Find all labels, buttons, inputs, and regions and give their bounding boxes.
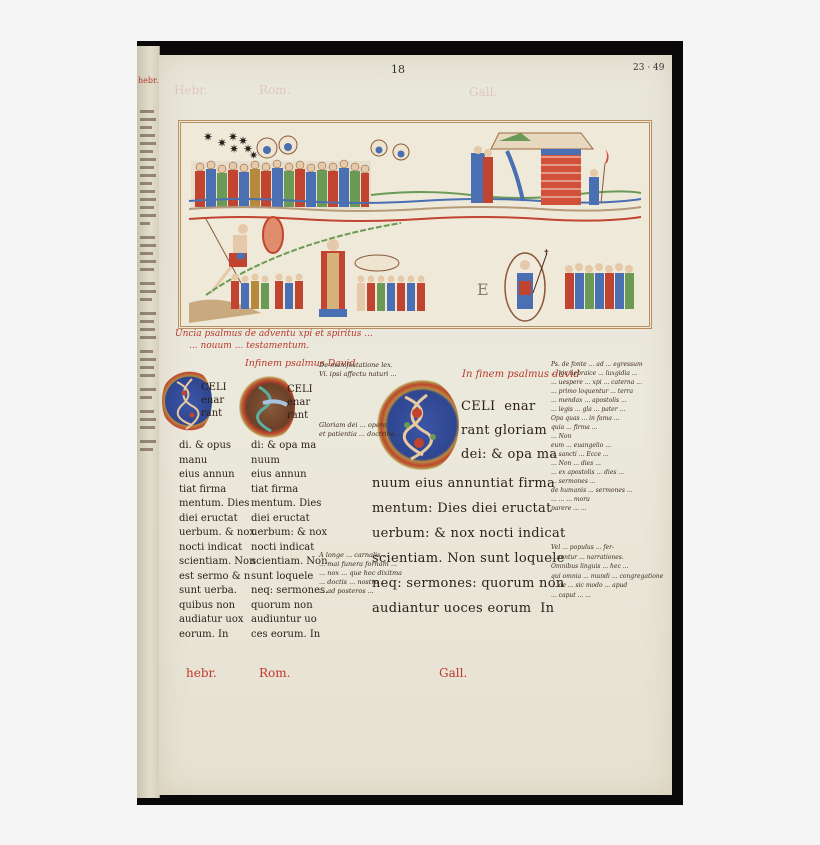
commentary-line: ... hic hebraice ... luxgidia ... [551, 370, 638, 377]
commentary-line: parere ... ... [551, 505, 587, 512]
commentary-line: ... sermones ... [551, 478, 597, 485]
column-gallican-body: nuum eius annuntiat firma mentum: Dies d… [372, 471, 566, 621]
gloss-middle-mid: Gloriam dei ... opera et patientia ... d… [319, 421, 403, 439]
commentary-line: de humanis ... sermones ... [551, 487, 633, 494]
hebrew-line: scientiam. Non [179, 556, 256, 567]
roman-line: quorum non [251, 600, 313, 611]
commentary-line: ... caput ... ... [551, 592, 591, 599]
showthrough-heading-rom: Rom. [259, 83, 290, 97]
roman-line: scientiam. Non [251, 556, 328, 567]
commentary-line: ... sancti ... Ecce ... [551, 451, 609, 458]
roman-line: mentum. Dies [251, 498, 321, 509]
commentary-line: ... Non [551, 433, 571, 440]
stars-icon: ✷✷✷ ✷✷✷✷ [203, 130, 258, 162]
commentary-line: ... Non ... dies ... [551, 460, 601, 467]
roman-line: tiat firma [251, 484, 298, 495]
roman-line: ces eorum. In [251, 629, 320, 640]
roman-line: di: & opa ma [251, 440, 316, 451]
hebrew-line: eius annun [179, 469, 235, 480]
gallican-line: dei: & opa ma [461, 447, 557, 462]
roman-line: uerbum: & nox [251, 527, 327, 538]
commentary-line: Vel ... populus ... fer- [551, 544, 614, 551]
commentary-line: ... legis ... gla ... pater ... [551, 406, 625, 413]
column-roman-body: di: & opa ma nuum eius annun tiat firma … [251, 439, 328, 642]
commentary-line: ... uespere ... xpi ... caterna ... [551, 379, 642, 386]
svg-text:E: E [477, 280, 489, 299]
group-figures-center [357, 276, 425, 312]
column-hebrew-body: di. & opus manu eius annun tiat firma me… [179, 439, 256, 642]
showthrough-heading-hebr: Hebr. [174, 83, 207, 97]
commentary-right-top: Ps. de fonte ... ad ... egressum ... hic… [551, 360, 643, 513]
hebrew-line: est sermo & n [179, 571, 250, 582]
folio-number-right: 23 · 49 [633, 63, 665, 73]
hebrew-line: sunt uerba. [179, 585, 237, 596]
gallican-line: neq: sermones: quorum non [372, 576, 565, 591]
commentary-line: ... primo loquentur ... terra [551, 388, 633, 395]
svg-text:✷: ✷ [217, 136, 227, 150]
gallican-line: mentum: Dies diei eructat [372, 501, 552, 516]
rubric-top-line-2: ... nouum ... testamentum. [189, 341, 309, 351]
roman-line: diei eructat [251, 513, 310, 524]
commentary-line: ... de ... sic modo ... apud [551, 582, 627, 589]
hebrew-line: di. & opus [179, 440, 231, 451]
illumination-scene-icon: ✷✷✷ ✷✷✷✷ [181, 123, 649, 326]
group-figures-right [565, 263, 634, 309]
commentary-line: ...uentur ... narrationes. [551, 554, 624, 561]
facing-text-lines-icon [139, 106, 157, 546]
commentary-line: Opa quas ... in fama ... [551, 415, 620, 422]
building [471, 133, 609, 205]
commentary-line: qui omnia ... mundi ... congregatione [551, 573, 663, 580]
gallican-line: nuum eius annuntiat firma [372, 476, 555, 491]
facing-page-text [139, 106, 157, 546]
gloss-line: De manifestatione lex. [319, 361, 393, 369]
svg-text:✷: ✷ [249, 149, 258, 162]
svg-text:✷: ✷ [229, 142, 239, 156]
roman-line: nuum [251, 455, 280, 466]
footer-label-hebr: hebr. [186, 666, 217, 680]
hebrew-line: mentum. Dies [179, 498, 249, 509]
footer-label-rom: Rom. [259, 666, 290, 680]
roman-line: enar [287, 397, 310, 408]
gallican-line: audiantur uoces eorum In [372, 601, 554, 616]
roman-line: sunt loquele [251, 571, 313, 582]
svg-text:✷: ✷ [203, 130, 213, 144]
gloss-line: ... ad posteros ... [319, 587, 374, 595]
commentary-line: ... mendax ... apostolis ... [551, 397, 627, 404]
group-figures-left [231, 274, 303, 310]
gloss-line: Gloriam dei ... opera [319, 421, 387, 429]
showthrough-heading-gall: Gall. [469, 85, 497, 99]
commentary-line: Omnibus linguis ... hec ... [551, 563, 628, 570]
manuscript-page: 18 23 · 49 Hebr. Rom. Gall. ✷✷✷ ✷✷✷✷ [159, 55, 672, 795]
spine-heading: hebr. [138, 76, 159, 85]
crowd-figures [191, 160, 371, 209]
hebrew-line: rant [201, 408, 222, 419]
commentary-line: quia ... firma ... [551, 424, 598, 431]
commentary-line: ... ex apostolis ... dies ... [551, 469, 624, 476]
roman-line: neq: sermones. [251, 585, 328, 596]
gloss-line: et patientia ... doctrina ... [319, 430, 403, 438]
hebrew-line: enar [201, 395, 224, 406]
column-roman-head: CELI enar rant [287, 383, 313, 422]
hebrew-line: CELI [201, 382, 227, 393]
roman-line: nocti indicat [251, 542, 314, 553]
gloss-middle-top: De manifestatione lex. Vi. ipsi affectu … [319, 361, 397, 379]
hebrew-line: audiatur uox [179, 614, 243, 625]
teacher-figure [319, 239, 347, 317]
gloss-line: Vi. ipsi affectu naturi ... [319, 370, 397, 378]
commentary-right-low: Vel ... populus ... fer- ...uentur ... n… [551, 543, 663, 600]
rubric-top-line-1: Uncia psalmus de adventu xpi et spiritus… [175, 329, 373, 339]
hebrew-line: quibus non [179, 600, 235, 611]
illumination-panel: ✷✷✷ ✷✷✷✷ [178, 120, 652, 329]
roman-line: CELI [287, 384, 313, 395]
hebrew-line: nocti indicat [179, 542, 242, 553]
commentary-line: Ps. de fonte ... ad ... egressum [551, 361, 643, 368]
hebrew-line: eorum. In [179, 629, 228, 640]
gallican-line: rant gloriam [461, 423, 547, 438]
hebrew-line: uerbum. & nox [179, 527, 255, 538]
folio-number-top: 18 [391, 63, 405, 76]
hebrew-line: manu [179, 455, 207, 466]
roman-line: rant [287, 410, 308, 421]
footer-label-gall: Gall. [439, 666, 467, 680]
svg-text:✝: ✝ [543, 248, 550, 257]
gallican-line: scientiam. Non sunt loquele [372, 551, 565, 566]
roman-line: eius annun [251, 469, 307, 480]
hebrew-line: diei eructat [179, 513, 238, 524]
commentary-line: ... ... ... moru [551, 496, 590, 503]
column-gallican-head: CELI enar rant gloriam dei: & opa ma [461, 395, 557, 467]
commentary-line: eum ... euangelio ... [551, 442, 611, 449]
hebrew-line: tiat firma [179, 484, 226, 495]
column-hebrew: CELI enar rant [201, 381, 227, 420]
gallican-line: CELI enar [461, 399, 536, 414]
gallican-line: uerbum: & nox nocti indicat [372, 526, 566, 541]
mandorla-figure: ✝ E [477, 248, 550, 321]
facing-page-edge: hebr. [137, 46, 160, 798]
roman-line: audiuntur uo [251, 614, 317, 625]
